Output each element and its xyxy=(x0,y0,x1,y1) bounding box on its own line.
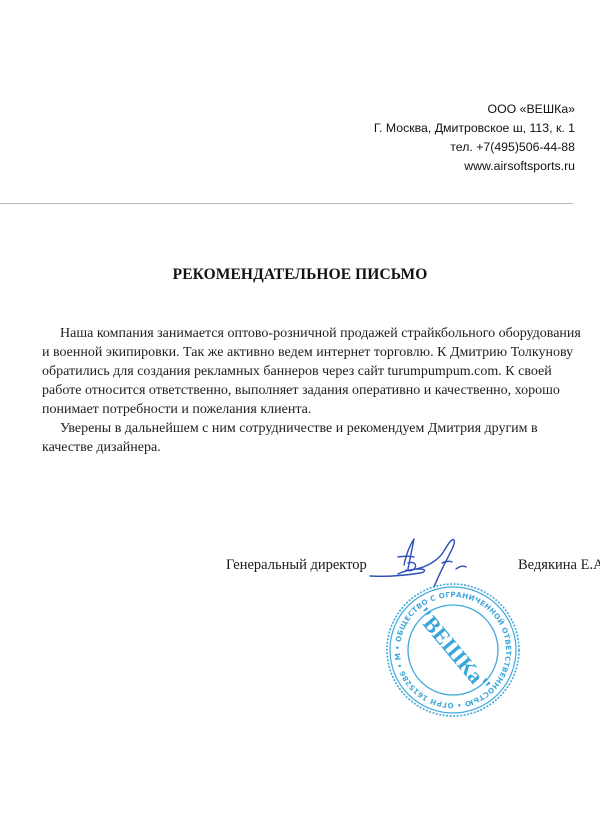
company-stamp-icon: • ОБЩЕСТВО С ОГРАНИЧЕННОЙ ОТВЕТСТВЕННОСТ… xyxy=(384,581,522,719)
document-title: РЕКОМЕНДАТЕЛЬНОЕ ПИСЬМО xyxy=(0,266,600,284)
signatory-role: Генеральный директор xyxy=(226,557,367,574)
paragraph-1: Наша компания занимается оптово-рознично… xyxy=(42,324,600,419)
company-website: www.airsoftsports.ru xyxy=(374,157,575,176)
text-line: работе относится ответственно, выполняет… xyxy=(42,381,600,400)
text-line: и военной экипировки. Так же активно вед… xyxy=(42,343,600,362)
company-name: ООО «ВЕШКа» xyxy=(374,100,575,119)
company-address: Г. Москва, Дмитровское ш, 113, к. 1 xyxy=(374,119,575,138)
letterhead-divider xyxy=(0,203,573,204)
letterhead: ООО «ВЕШКа» Г. Москва, Дмитровское ш, 11… xyxy=(374,100,575,176)
letter-body: Наша компания занимается оптово-рознично… xyxy=(42,324,600,457)
text-line: Наша компания занимается оптово-рознично… xyxy=(42,324,600,343)
text-line: Уверены в дальнейшем с ним сотрудничеств… xyxy=(42,419,600,438)
text-line: понимает потребности и пожелания клиента… xyxy=(42,400,600,419)
text-line: обратились для создания рекламных баннер… xyxy=(42,362,600,381)
paragraph-2: Уверены в дальнейшем с ним сотрудничеств… xyxy=(42,419,600,457)
company-phone: тел. +7(495)506-44-88 xyxy=(374,138,575,157)
signatory-name: Ведякина Е.А. xyxy=(518,557,600,574)
text-line: качестве дизайнера. xyxy=(42,438,600,457)
